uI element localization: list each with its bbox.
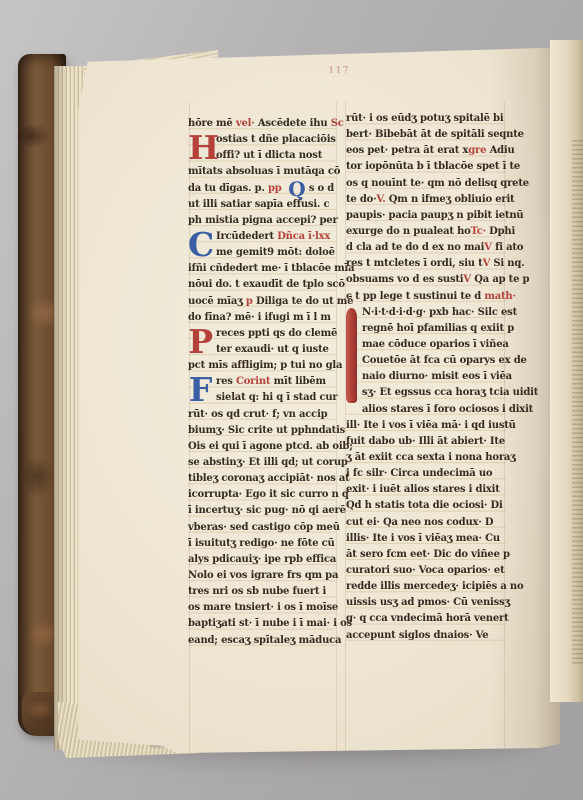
text-segment: tres nri os sb nube fuert i [188, 586, 326, 597]
text-segment: exit· i iuēt alios stares i dixit [346, 484, 500, 495]
manuscript-line: tor iopōnūta b ī tblacōe spet ī te [346, 159, 506, 175]
rubric-text: Corint [236, 376, 270, 387]
rubric-text: Dñca ī·lxx [277, 231, 330, 242]
drop-cap-initial: F [188, 375, 213, 405]
text-segment: te do· [346, 194, 376, 205]
manuscript-line: da tu dīgas. p. pp Q s o d [188, 181, 336, 197]
text-segment: mītats absoluas ī mutāqa cō [188, 166, 340, 177]
manuscript-line: Hostias t dñe placaciōis [188, 132, 336, 148]
manuscript-line: fuit dabo ub· Illi āt abiert· Ite [346, 434, 506, 450]
pen-flourish-initial: I [346, 308, 357, 403]
text-segment: Dphi [486, 226, 515, 237]
text-segment: res t mtcletes ī ordi, siu t [346, 258, 483, 269]
rubric-text: Sc [331, 118, 344, 129]
text-segment: tibleʒ coronaʒ accipiāt· nos at [188, 473, 350, 484]
text-segment: ill· Ite i vos ī viēa mā· i qd iustū [346, 420, 516, 431]
text-segment: biumʒ· Sic crite ut pphndatis [188, 425, 345, 436]
manuscript-line: Preces ppti qs do clemē [188, 326, 336, 342]
text-segment: da tu dīgas. p. [188, 183, 268, 194]
manuscript-line: os mare tnsiert· i os ī moīse [188, 600, 336, 616]
text-segment: res [216, 376, 236, 387]
text-segment: Couetōe āt fca cū oparys ex de [362, 355, 527, 366]
manuscript-line: pct mīs affligim; p tui no gla [188, 358, 336, 374]
text-segment: fuit dabo ub· Illi āt abiert· Ite [346, 436, 505, 447]
manuscript-line: ʒ āt exiit cca sexta i nona horaʒ [346, 450, 506, 466]
text-segment: sielat q: hi q ī stad cur [216, 392, 337, 403]
text-segment: Qd h statis tota die ociosi· Di [346, 500, 503, 511]
drop-cap-initial: H [188, 133, 213, 163]
manuscript-line: ī incertuʒ· sic pug· nō qi aerē [188, 503, 336, 519]
manuscript-line: ifñi cñdedert me· ī tblacōe mīa [188, 261, 336, 277]
text-segment: se abstinʒ· Et illi qd; ut corup [188, 457, 348, 468]
manuscript-line: ut illi satiar sapīa effusi. c [188, 197, 336, 213]
manuscript-line: rūt· os qd crut· f; vn accip [188, 407, 336, 423]
text-segment: Ascēdete ihu [255, 118, 331, 129]
manuscript-line: vberas· sed castigo cōp meū [188, 520, 336, 536]
manuscript-line: cut ei· Qa neo nos codux· D [346, 515, 506, 531]
manuscript-line: i fc silr· Circa undecimā uo [346, 466, 506, 482]
manuscript-line: ph mistia pigna accepi? per [188, 213, 336, 229]
text-segment: Adiu [486, 145, 514, 156]
text-segment: N·i·t·d·i·d·g· pxb hac· Silc est [362, 307, 517, 318]
manuscript-line: uissis usʒ ad pmos· Cū venissʒ [346, 595, 506, 611]
manuscript-line: IN·i·t·d·i·d·g· pxb hac· Silc est [346, 305, 506, 321]
manuscript-line: Nolo ei vos igrare frs qm pa [188, 568, 336, 584]
manuscript-line: obsuams vo d es sustiV Qa ap te p [346, 272, 506, 288]
text-segment: accepunt siglos dnaios· Ve [346, 630, 488, 641]
manuscript-line: eos pet· petra āt erat xgre Adiu [346, 143, 506, 159]
manuscript-line: illis· Ite i vos ī viēaʒ mea· Cu [346, 531, 506, 547]
manuscript-line: hōre mē vel· Ascēdete ihu Sc [188, 116, 336, 132]
text-segment: mae cōduce oparios ī viñea [362, 339, 509, 350]
text-segment: ʒ āt exiit cca sexta i nona horaʒ [346, 452, 516, 463]
manuscript-line: tibleʒ coronaʒ accipiāt· nos at [188, 471, 336, 487]
manuscript-line: g· q cca vndecimā horā venert [346, 611, 506, 627]
manuscript-line: Fres Corint mīt libēm [188, 374, 336, 390]
text-segment: exurge do n pualeat ho [346, 226, 471, 237]
text-segment: ifñi cñdedert me· ī tblacōe mīa [188, 263, 354, 274]
text-segment: ī isuitutʒ redigo· ne fōte cū [188, 538, 335, 549]
text-segment: obsuams vo d es susti [346, 274, 463, 285]
manuscript-line: nōui do. t exaudīt de tplo scō [188, 277, 336, 293]
rubric-text: gre [468, 145, 486, 156]
text-segment: reces ppti qs do clemē [216, 328, 337, 339]
text-segment: pct mīs affligim; p tui no gla [188, 360, 342, 371]
text-segment: Diliga te do ut mē [253, 296, 354, 307]
rubric-text: V [484, 242, 492, 253]
photo-background: 117 hōre mē vel· Ascēdete ihu ScHostias … [0, 0, 583, 800]
manuscript-line: se abstinʒ· Et illi qd; ut corup [188, 455, 336, 471]
text-segment: icorrupta· Ego it sic curro n q [188, 489, 349, 500]
text-segment: uissis usʒ ad pmos· Cū venissʒ [346, 597, 510, 608]
text-segment: d cla ad te do d ex no mai [346, 242, 484, 253]
manuscript-line: accepunt siglos dnaios· Ve [346, 628, 506, 644]
text-segment: tor iopōnūta b ī tblacōe spet ī te [346, 161, 520, 172]
text-segment: paupis· pacia paupʒ n pibit ietnū [346, 210, 524, 221]
text-segment: fi ato [492, 242, 523, 253]
text-segment: c t pp lege t sustinui te d [346, 291, 484, 302]
text-segment: ph mistia pigna accepi? per [188, 215, 338, 226]
manuscript-line: d cla ad te do d ex no maiV fi ato [346, 240, 506, 256]
manuscript-line: biumʒ· Sic crite ut pphndatis [188, 423, 336, 439]
text-segment: me gemit9 mōt: doloē [216, 247, 335, 258]
manuscript-line: c t pp lege t sustinui te d math· [346, 289, 506, 305]
manuscript-line: naio diurno· misit eos ī viēa [346, 369, 506, 385]
rubric-text: pp [268, 183, 282, 194]
text-segment: regnē hoī pfamilias q exiit p [362, 323, 514, 334]
text-segment: eos pet· petra āt erat x [346, 145, 468, 156]
text-segment: Nolo ei vos igrare frs qm pa [188, 570, 338, 581]
text-segment: nōui do. t exaudīt de tplo scō [188, 279, 345, 290]
manuscript-line: bert· Bibebāt āt de spitāli seqnte [346, 127, 506, 143]
manuscript-line: te do·V. Qm n ifmeʒ obliuio erit [346, 192, 506, 208]
text-segment: hōre mē [188, 118, 236, 129]
text-segment: vberas· sed castigo cōp meū [188, 522, 340, 533]
text-segment: rūt· os qd crut· f; vn accip [188, 409, 327, 420]
manuscript-line: exurge do n pualeat hoTc· Dphi [346, 224, 506, 240]
manuscript-line: rūt· i os eūdʒ potuʒ spitalē bi [346, 111, 506, 127]
manuscript-line: res t mtcletes ī ordi, siu tV Si nq. [346, 256, 506, 272]
manuscript-line: āt sero fcm eet· Dic do viñee p [346, 547, 506, 563]
text-segment: s o d [306, 183, 335, 194]
manuscript-line: Ois ei qui ī agone ptcd. ab oib; [188, 439, 336, 455]
text-segment: Qm n ifmeʒ obliuio erit [386, 194, 515, 205]
text-segment: alios stares ī foro ociosos i dixit [362, 404, 533, 415]
drop-cap-initial: C [188, 230, 213, 260]
text-segment: Si nq. [490, 258, 524, 269]
text-segment: Ois ei qui ī agone ptcd. ab oib; [188, 441, 353, 452]
manuscript-line: mītats absoluas ī mutāqa cō [188, 164, 336, 180]
manuscript-line: baptiʒati st· ī nube i ī mai· i os [188, 616, 336, 632]
text-segment: cut ei· Qa neo nos codux· D [346, 517, 493, 528]
text-segment: bert· Bibebāt āt de spitāli seqnte [346, 129, 524, 140]
rubric-text: V [463, 274, 471, 285]
text-segment: g· q cca vndecimā horā venert [346, 613, 509, 624]
manuscript-line: Qd h statis tota die ociosi· Di [346, 498, 506, 514]
manuscript-line: paupis· pacia paupʒ n pibit ietnū [346, 208, 506, 224]
text-segment: os mare tnsiert· i os ī moīse [188, 602, 338, 613]
manuscript-line: exit· i iuēt alios stares i dixit [346, 482, 506, 498]
rubric-text: p [246, 296, 253, 307]
text-segment: naio diurno· misit eos ī viēa [362, 371, 512, 382]
text-segment: redde illis mercedeʒ· icipiēs a no [346, 581, 523, 592]
manuscript-line: eand; escaʒ spītaleʒ māduca [188, 633, 336, 649]
text-segment: curatori suo· Voca oparios· et [346, 565, 505, 576]
text-segment: mīt libēm [270, 376, 326, 387]
text-segment: uocē mīaʒ [188, 296, 246, 307]
manuscript-line: mae cōduce oparios ī viñea [346, 337, 506, 353]
text-segment: sʒ· Et egssus cca horaʒ tcia uidit [362, 387, 538, 398]
rubric-text: vel· [236, 118, 255, 129]
manuscript-line: alys pdicauiʒ· ipe rpb effica [188, 552, 336, 568]
text-column-right: rūt· i os eūdʒ potuʒ spitalē bibert· Bib… [346, 111, 506, 647]
manuscript-line: ill· Ite i vos ī viēa mā· i qd iustū [346, 418, 506, 434]
manuscript-line: do fīna? mē· i ifugi m ī l m [188, 310, 336, 326]
manuscript-line: curatori suo· Voca oparios· et [346, 563, 506, 579]
text-segment: os q nouīnt te· qm nō delisq qrete [346, 178, 529, 189]
text-segment: do fīna? mē· i ifugi m ī l m [188, 312, 331, 323]
manuscript-line: ī isuitutʒ redigo· ne fōte cū [188, 536, 336, 552]
text-segment: eand; escaʒ spītaleʒ māduca [188, 635, 341, 646]
manuscript-line: sʒ· Et egssus cca horaʒ tcia uidit [346, 385, 506, 401]
text-segment: baptiʒati st· ī nube i ī mai· i os [188, 618, 352, 629]
manuscript-line: redde illis mercedeʒ· icipiēs a no [346, 579, 506, 595]
text-segment: i fc silr· Circa undecimā uo [346, 468, 492, 479]
manuscript-line: icorrupta· Ego it sic curro n q [188, 487, 336, 503]
text-segment: offi? ut ī dlicta nost [216, 150, 322, 161]
text-segment: āt sero fcm eet· Dic do viñee p [346, 549, 510, 560]
manuscript-line: tres nri os sb nube fuert i [188, 584, 336, 600]
manuscript-line: os q nouīnt te· qm nō delisq qrete [346, 176, 506, 192]
manuscript-line: CIrcūdedert Dñca ī·lxx [188, 229, 336, 245]
manuscript-page: 117 hōre mē vel· Ascēdete ihu ScHostias … [56, 46, 560, 758]
text-segment: ter exaudi· ut q iuste [216, 344, 329, 355]
manuscript-line: Couetōe āt fca cū oparys ex de [346, 353, 506, 369]
text-segment: rūt· i os eūdʒ potuʒ spitalē bi [346, 113, 503, 124]
text-segment: alys pdicauiʒ· ipe rpb effica [188, 554, 336, 565]
rubric-text: V [483, 258, 491, 269]
text-column-left: hōre mē vel· Ascēdete ihu ScHostias t dñ… [188, 116, 336, 652]
manuscript-line: uocē mīaʒ p Diliga te do ut mē [188, 294, 336, 310]
manuscript-line: alios stares ī foro ociosos i dixit [346, 402, 506, 418]
text-segment: Ircūdedert [216, 231, 277, 242]
text-segment: ī incertuʒ· sic pug· nō qi aerē [188, 505, 346, 516]
rubric-text: math· [484, 291, 515, 302]
text-segment: Qa ap te p [471, 274, 529, 285]
manuscript-line: regnē hoī pfamilias q exiit p [346, 321, 506, 337]
facing-page-fore-edge [572, 140, 583, 664]
text-segment: ostias t dñe placaciōis [216, 134, 336, 145]
drop-cap-initial: P [188, 327, 213, 357]
rubric-text: V. [376, 194, 385, 205]
rubric-text: Tc· [471, 226, 486, 237]
folio-number: 117 [328, 66, 350, 76]
text-segment: ut illi satiar sapīa effusi. c [188, 199, 329, 210]
text-segment: illis· Ite i vos ī viēaʒ mea· Cu [346, 533, 500, 544]
